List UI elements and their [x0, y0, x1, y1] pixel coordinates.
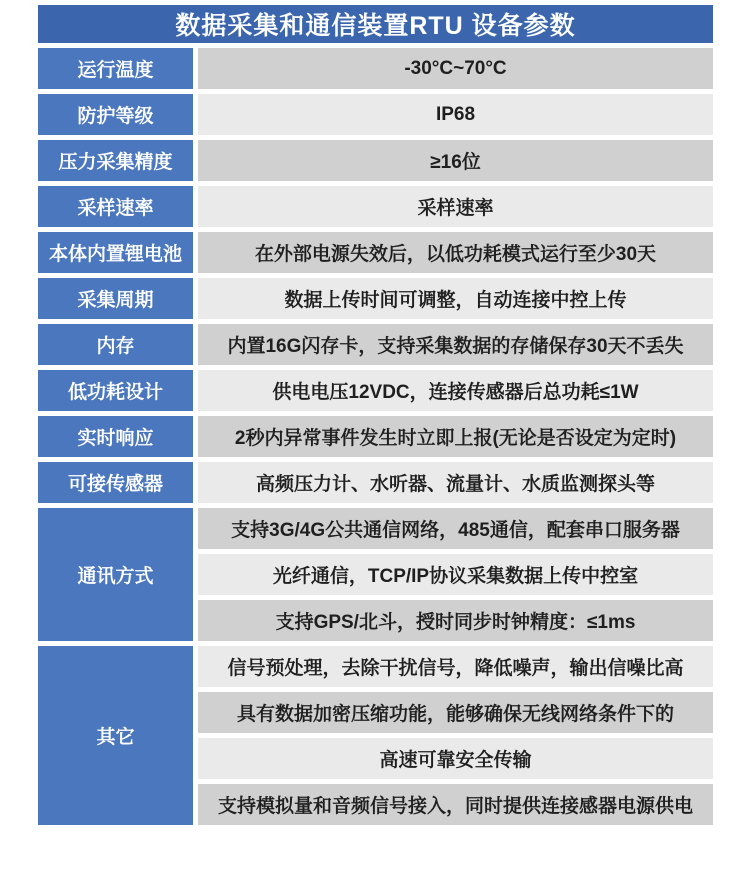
- row-value-acquisition-cycle: 数据上传时间可调整，自动连接中控上传: [198, 278, 713, 319]
- table-row: 防护等级 IP68: [38, 94, 713, 135]
- row-label-memory: 内存: [38, 324, 193, 365]
- row-value-low-power-design: 供电电压12VDC，连接传感器后总功耗≤1W: [198, 370, 713, 411]
- table-row: 可接传感器 高频压力计、水听器、流量计、水质监测探头等: [38, 462, 713, 503]
- row-label-operating-temperature: 运行温度: [38, 48, 193, 89]
- table-row: 运行温度 -30°C~70°C: [38, 48, 713, 89]
- row-value-others-3: 高速可靠安全传输: [198, 738, 713, 779]
- row-value-built-in-lithium-battery: 在外部电源失效后，以低功耗模式运行至少30天: [198, 232, 713, 273]
- row-value-pressure-acquisition-accuracy: ≥16位: [198, 140, 713, 181]
- row-label-pressure-acquisition-accuracy: 压力采集精度: [38, 140, 193, 181]
- row-label-protection-rating: 防护等级: [38, 94, 193, 135]
- row-label-sampling-rate: 采样速率: [38, 186, 193, 227]
- table-row: 实时响应 2秒内异常事件发生时立即上报(无论是否设定为定时): [38, 416, 713, 457]
- row-value-memory: 内置16G闪存卡，支持采集数据的存储保存30天不丢失: [198, 324, 713, 365]
- row-label-communication-mode: 通讯方式: [38, 508, 193, 641]
- row-value-sampling-rate: 采样速率: [198, 186, 713, 227]
- table-row: 采样速率 采样速率: [38, 186, 713, 227]
- table-row: 通讯方式 支持3G/4G公共通信网络，485通信，配套串口服务器: [38, 508, 713, 549]
- row-value-others-1: 信号预处理，去除干扰信号，降低噪声，输出信噪比高: [198, 646, 713, 687]
- row-value-protection-rating: IP68: [198, 94, 713, 135]
- row-value-others-4: 支持模拟量和音频信号接入，同时提供连接感器电源供电: [198, 784, 713, 825]
- row-label-low-power-design: 低功耗设计: [38, 370, 193, 411]
- row-label-real-time-response: 实时响应: [38, 416, 193, 457]
- row-label-acquisition-cycle: 采集周期: [38, 278, 193, 319]
- row-label-connectable-sensors: 可接传感器: [38, 462, 193, 503]
- row-value-communication-mode-1: 支持3G/4G公共通信网络，485通信，配套串口服务器: [198, 508, 713, 549]
- row-label-built-in-lithium-battery: 本体内置锂电池: [38, 232, 193, 273]
- row-value-others-2: 具有数据加密压缩功能，能够确保无线网络条件下的: [198, 692, 713, 733]
- row-value-connectable-sensors: 高频压力计、水听器、流量计、水质监测探头等: [198, 462, 713, 503]
- page: 数据采集和通信装置RTU 设备参数 运行温度 -30°C~70°C 防护等级 I…: [0, 0, 750, 875]
- table-row: 低功耗设计 供电电压12VDC，连接传感器后总功耗≤1W: [38, 370, 713, 411]
- row-value-operating-temperature: -30°C~70°C: [198, 48, 713, 89]
- table-row: 本体内置锂电池 在外部电源失效后，以低功耗模式运行至少30天: [38, 232, 713, 273]
- row-value-communication-mode-2: 光纤通信，TCP/IP协议采集数据上传中控室: [198, 554, 713, 595]
- table-row: 采集周期 数据上传时间可调整，自动连接中控上传: [38, 278, 713, 319]
- rtu-spec-table: 数据采集和通信装置RTU 设备参数 运行温度 -30°C~70°C 防护等级 I…: [33, 0, 718, 830]
- table-row: 内存 内置16G闪存卡，支持采集数据的存储保存30天不丢失: [38, 324, 713, 365]
- row-value-communication-mode-3: 支持GPS/北斗，授时同步时钟精度：≤1ms: [198, 600, 713, 641]
- table-row: 其它 信号预处理，去除干扰信号，降低噪声，输出信噪比高: [38, 646, 713, 687]
- table-title: 数据采集和通信装置RTU 设备参数: [38, 5, 713, 43]
- table-row: 压力采集精度 ≥16位: [38, 140, 713, 181]
- row-value-real-time-response: 2秒内异常事件发生时立即上报(无论是否设定为定时): [198, 416, 713, 457]
- row-label-others: 其它: [38, 646, 193, 825]
